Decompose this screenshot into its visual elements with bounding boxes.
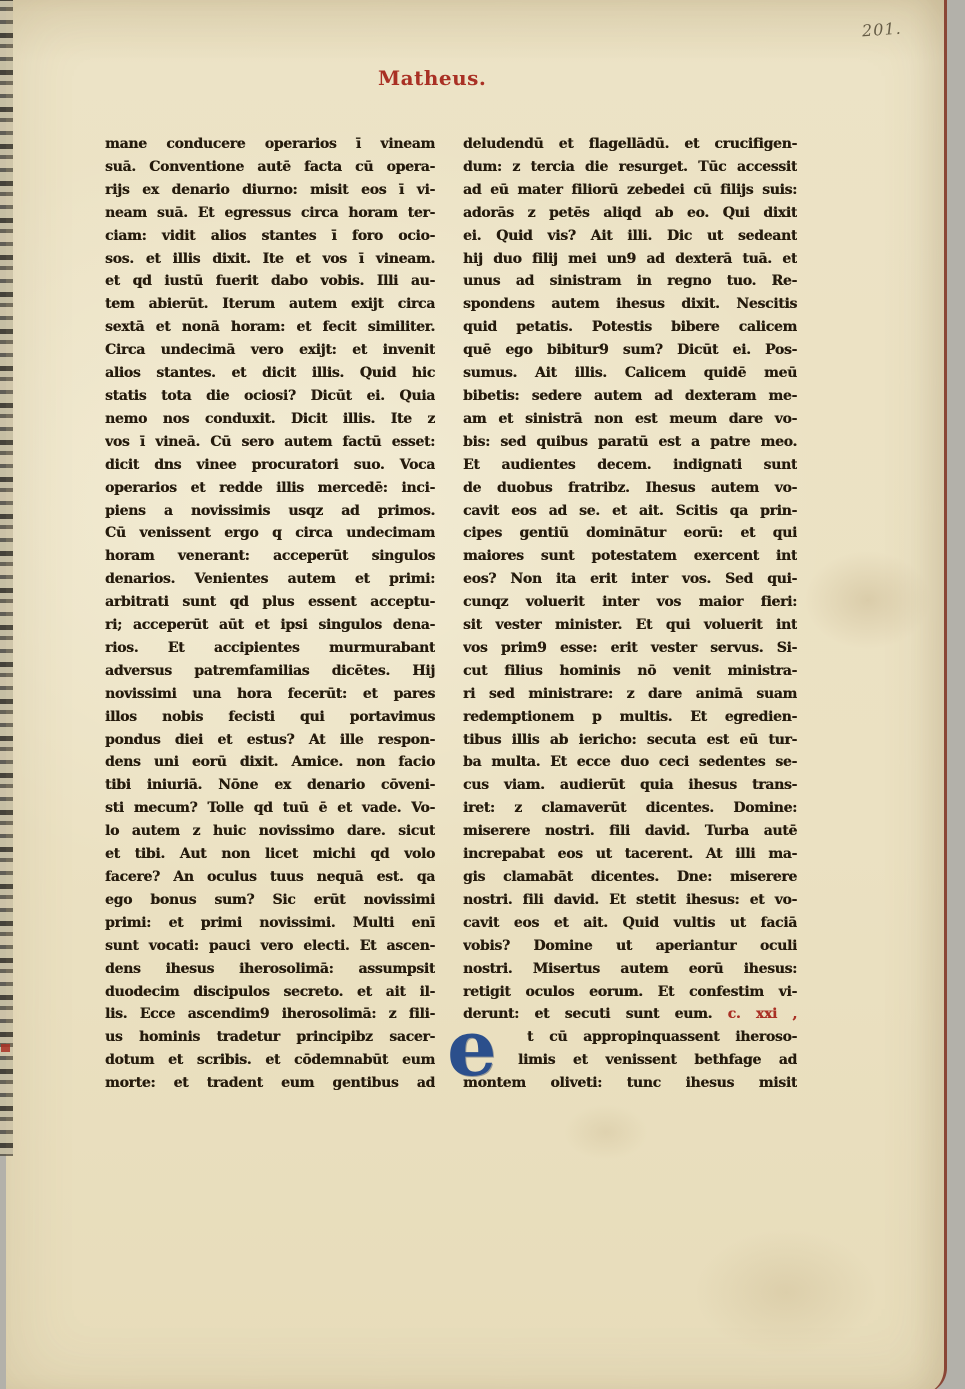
- text-line: us hominis tradetur principibz sacer-: [105, 1026, 435, 1049]
- text-line: spondens autem ihesus dixit. Nescitis: [463, 293, 797, 316]
- text-line: dum: z tercia die resurget. Tūc accessit: [463, 156, 797, 179]
- text-line: adorās z petēs aliqd ab eo. Qui dixit: [463, 202, 797, 225]
- text-line: ri; acceperūt aūt et ipsi singulos dena-: [105, 614, 435, 637]
- text-line: iret: z clamaverūt dicentes. Domine:: [463, 797, 797, 820]
- text-line: increpabat eos ut tacerent. At illi ma-: [463, 843, 797, 866]
- text-line: sextā et nonā horam: et fecit similiter.: [105, 316, 435, 339]
- text-line: dotum et scribis. et cōdemnabūt eum: [105, 1049, 435, 1072]
- text-line: nemo nos conduxit. Dicit illis. Ite z: [105, 408, 435, 431]
- text-line: denarios. Venientes autem et primi:: [105, 568, 435, 591]
- text-line: gis clamabāt dicentes. Dne: miserere: [463, 866, 797, 889]
- text-line: ei. Quid vis? Ait illi. Dic ut sedeant: [463, 225, 797, 248]
- text-line: lis. Ecce ascendim9 iherosolimā: z fili-: [105, 1003, 435, 1026]
- text-line: pondus diei et estus? At ille respon-: [105, 729, 435, 752]
- text-line: tibi iniuriā. Nōne ex denario cōveni-: [105, 774, 435, 797]
- text-line: tibus illis ab iericho: secuta est eū tu…: [463, 729, 797, 752]
- text-line: nostri. Misertus autem eorū ihesus:: [463, 958, 797, 981]
- text-line: adversus patremfamilias dicētes. Hij: [105, 660, 435, 683]
- text-line: deludendū et flagellādū. et crucifigen-: [463, 133, 797, 156]
- text-line: mane conducere operarios ī vineam: [105, 133, 435, 156]
- text-line: de duobus fratribz. Ihesus autem vo-: [463, 477, 797, 500]
- text-line: hij duo filij mei un9 ad dexterā tuā. et: [463, 248, 797, 271]
- text-line: cunqz voluerit inter vos maior fieri:: [463, 591, 797, 614]
- text-line: redemptionem p multis. Et egredien-: [463, 706, 797, 729]
- text-line: cavit eos et ait. Quid vultis ut faciā: [463, 912, 797, 935]
- facing-page-edge: [0, 0, 13, 1156]
- text-line: dens uni eorū dixit. Amice. non facio: [105, 751, 435, 774]
- text-line: dicit dns vinee procuratori suo. Voca: [105, 454, 435, 477]
- text-line: unus ad sinistram in regno tuo. Re-: [463, 270, 797, 293]
- text-line: rijs ex denario diurno: misit eos ī vi-: [105, 179, 435, 202]
- text-line: nostri. fili david. Et stetit ihesus: et…: [463, 889, 797, 912]
- text-line: cut filius hominis nō venit ministra-: [463, 660, 797, 683]
- text-line: cipes gentiū dominātur eorū: et qui: [463, 522, 797, 545]
- running-header: Matheus.: [378, 66, 486, 90]
- text-line: retigit oculos eorum. Et confestim vi-: [463, 981, 797, 1004]
- text-line: maiores sunt potestatem exercent int: [463, 545, 797, 568]
- chapter-marker: c. xxi ,: [728, 1006, 797, 1022]
- text-column-right: deludendū et flagellādū. et crucifigen-d…: [463, 133, 797, 1095]
- manuscript-scan: Matheus. 201. mane conducere operarios ī…: [0, 0, 965, 1389]
- text-line: Cū venissent ergo q circa undecimam: [105, 522, 435, 545]
- text-line: primi: et primi novissimi. Multi enī: [105, 912, 435, 935]
- text-line: bis: sed quibus paratū est a patre meo.: [463, 431, 797, 454]
- text-line: ri sed ministrare: z dare animā suam: [463, 683, 797, 706]
- text-line: Circa undecimā vero exijt: et invenit: [105, 339, 435, 362]
- text-line: morte: et tradent eum gentibus ad: [105, 1072, 435, 1095]
- text-line: et tibi. Aut non licet michi qd volo: [105, 843, 435, 866]
- folio-number: 201.: [861, 19, 902, 41]
- text-line: sumus. Ait illis. Calicem quidē meū: [463, 362, 797, 385]
- vellum-page: Matheus. 201. mane conducere operarios ī…: [6, 0, 947, 1389]
- illuminated-initial: e: [447, 1019, 523, 1085]
- text-line: rios. Et accipientes murmurabant: [105, 637, 435, 660]
- text-line: et qd iustū fuerit dabo vobis. Illi au-: [105, 270, 435, 293]
- text-line: sos. et illis dixit. Ite et vos ī vineam…: [105, 248, 435, 271]
- text-line: quē ego bibitur9 sum? Dicūt ei. Pos-: [463, 339, 797, 362]
- text-line: neam suā. Et egressus circa horam ter-: [105, 202, 435, 225]
- text-line: cavit eos ad se. et ait. Scitis qa prin-: [463, 500, 797, 523]
- text-line: ciam: vidit alios stantes ī foro ocio-: [105, 225, 435, 248]
- text-line: ego bonus sum? Sic erūt novissimi: [105, 889, 435, 912]
- text-line: statis tota die ociosi? Dicūt ei. Quia: [105, 385, 435, 408]
- text-line: ad eū mater filiorū zebedei cū filijs su…: [463, 179, 797, 202]
- text-line: suā. Conventione autē facta cū opera-: [105, 156, 435, 179]
- text-line: miserere nostri. fili david. Turba autē: [463, 820, 797, 843]
- text-line: novissimi una hora fecerūt: et pares: [105, 683, 435, 706]
- text-line: vos ī vineā. Cū sero autem factū esset:: [105, 431, 435, 454]
- text-line: sit vester minister. Et qui voluerit int: [463, 614, 797, 637]
- text-line: vos prim9 esse: erit vester servus. Si-: [463, 637, 797, 660]
- text-line: quid petatis. Potestis bibere calicem: [463, 316, 797, 339]
- text-line: cus viam. audierūt quia ihesus trans-: [463, 774, 797, 797]
- text-line: vobis? Domine ut aperiantur oculi: [463, 935, 797, 958]
- text-line: Et audientes decem. indignati sunt: [463, 454, 797, 477]
- text-line: bibetis: sedere autem ad dexteram me-: [463, 385, 797, 408]
- text-line: ba multa. Et ecce duo ceci sedentes se-: [463, 751, 797, 774]
- text-line: horam venerant: acceperūt singulos: [105, 545, 435, 568]
- text-line: sunt vocati: pauci vero electi. Et ascen…: [105, 935, 435, 958]
- text-line: piens a novissimis usqz ad primos.: [105, 500, 435, 523]
- text-line: alios stantes. et dicit illis. Quid hic: [105, 362, 435, 385]
- text-line: tem abierūt. Iterum autem exijt circa: [105, 293, 435, 316]
- text-column-left: mane conducere operarios ī vineamsuā. Co…: [105, 133, 435, 1095]
- text-line: eos? Non ita erit inter vos. Sed qui-: [463, 568, 797, 591]
- text-line: sti mecum? Tolle qd tuū ē et vade. Vo-: [105, 797, 435, 820]
- text-line: operarios et redde illis mercedē: inci-: [105, 477, 435, 500]
- text-line: arbitrati sunt qd plus essent acceptu-: [105, 591, 435, 614]
- text-line: duodecim discipulos secreto. et ait il-: [105, 981, 435, 1004]
- text-line: am et sinistrā non est meum dare vo-: [463, 408, 797, 431]
- text-line: dens ihesus iherosolimā: assumpsit: [105, 958, 435, 981]
- text-line: lo autem z huic novissimo dare. sicut: [105, 820, 435, 843]
- text-line: facere? An oculus tuus nequā est. qa: [105, 866, 435, 889]
- facing-page-edge-rubric-mark: [1, 1044, 10, 1052]
- text-line: illos nobis fecisti qui portavimus: [105, 706, 435, 729]
